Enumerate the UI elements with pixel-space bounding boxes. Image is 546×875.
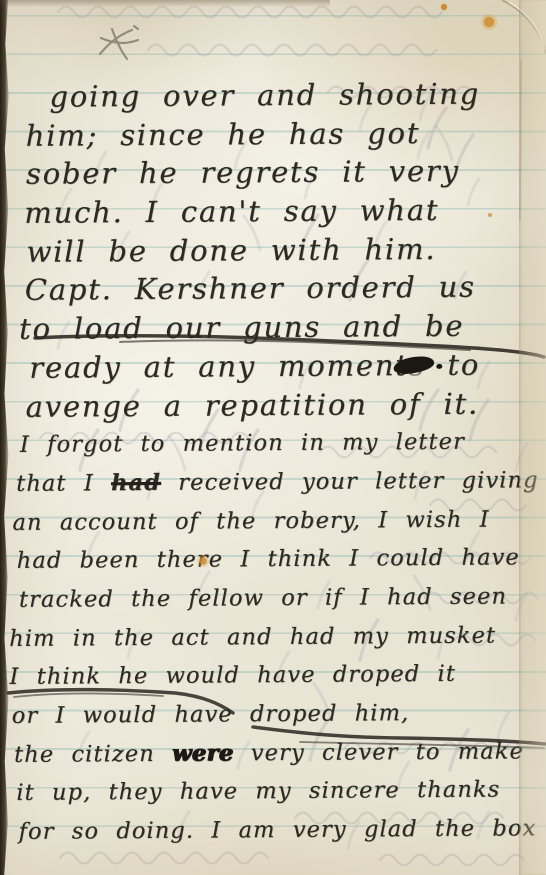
handwriting-line-1: going over and shooting — [35, 74, 543, 116]
handwriting-line-15: him in the act and had my musket — [9, 616, 546, 658]
text-segment: will be done with him. — [26, 232, 436, 269]
text-segment: sober he regrets it very — [26, 154, 460, 191]
underlined-text: have droped him, — [174, 700, 409, 728]
text-segment: Capt. Kershner orderd us — [25, 270, 476, 307]
handwriting-line-7: to load our guns and be — [19, 306, 545, 348]
text-segment: ready at any moment — [29, 348, 409, 385]
handwriting-line-12: an account of the robery, I wish I — [12, 500, 546, 542]
letter-body: going over and shootinghim; since he has… — [23, 74, 546, 851]
handwriting-line-3: sober he regrets it very — [26, 152, 544, 194]
handwriting-line-10: I forgot to mention in my letter — [20, 422, 546, 464]
handwriting-line-20: for so doing. I am very glad the box — [18, 809, 546, 851]
handwriting-line-17: or I would have droped him, — [12, 693, 546, 735]
bleedthrough-stroke — [148, 45, 436, 56]
text-segment: avenge a repatition of it. — [25, 386, 479, 423]
bleedthrough-stroke — [380, 855, 524, 866]
handwriting-line-13: had been there I think I could have — [17, 538, 546, 580]
handwriting-line-19: it up, they have my sincere thanks — [16, 771, 546, 813]
paper-left-edge — [0, 0, 14, 875]
paper-top-edge — [0, 0, 330, 7]
text-segment: that I — [16, 470, 111, 497]
handwriting-line-14: tracked the fellow or if I had seen — [19, 577, 546, 619]
text-segment: very clever to make — [233, 738, 523, 766]
text-segment: had been there I think I could have — [17, 545, 520, 575]
handwriting-line-18: the citizen were very clever to make — [14, 732, 546, 774]
ink-blotted-text: s — [409, 348, 426, 382]
handwriting-line-9: avenge a repatition of it. — [25, 384, 545, 426]
text-segment: for so doing. I am very glad the box — [18, 815, 536, 845]
handwriting-line-5: will be done with him. — [26, 229, 544, 271]
text-segment: received your letter giving — [161, 467, 539, 496]
text-segment: him in the act and had my musket — [9, 622, 496, 651]
handwriting-line-4: much. I can't say what — [24, 190, 544, 232]
text-segment: going over and shooting — [49, 77, 480, 114]
text-segment: much. I can't say what — [24, 193, 439, 230]
text-segment: to — [19, 312, 74, 346]
overwritten-text: were — [172, 740, 234, 766]
text-segment: or I would — [12, 702, 175, 729]
bleedthrough-stroke — [60, 853, 268, 864]
text-segment: he would have droped it — [101, 661, 456, 689]
bleedthrough-stroke — [58, 7, 442, 18]
underlined-text: I think — [9, 664, 101, 691]
struck-out-text: had — [111, 470, 161, 496]
text-segment: the citizen — [14, 740, 172, 767]
text-segment: it up, they have my sincere thanks — [16, 777, 500, 806]
underlined-text: load our guns and be — [74, 309, 465, 346]
text-segment: an account of the robery, I wish I — [12, 506, 489, 535]
handwriting-line-8: ready at any moments to — [29, 345, 545, 387]
text-segment: tracked the fellow or if I had seen — [19, 583, 507, 612]
handwriting-line-6: Capt. Kershner orderd us — [25, 268, 545, 310]
text-segment: I forgot to mention in my letter — [20, 429, 465, 458]
handwriting-line-16: I think he would have droped it — [9, 654, 546, 696]
text-segment: him; since he has got — [26, 116, 421, 153]
pencil-scribble — [100, 26, 138, 59]
handwriting-line-2: him; since he has got — [26, 113, 544, 155]
handwriting-line-11: that I had received your letter giving — [16, 461, 546, 503]
letter-page: going over and shootinghim; since he has… — [0, 0, 546, 875]
